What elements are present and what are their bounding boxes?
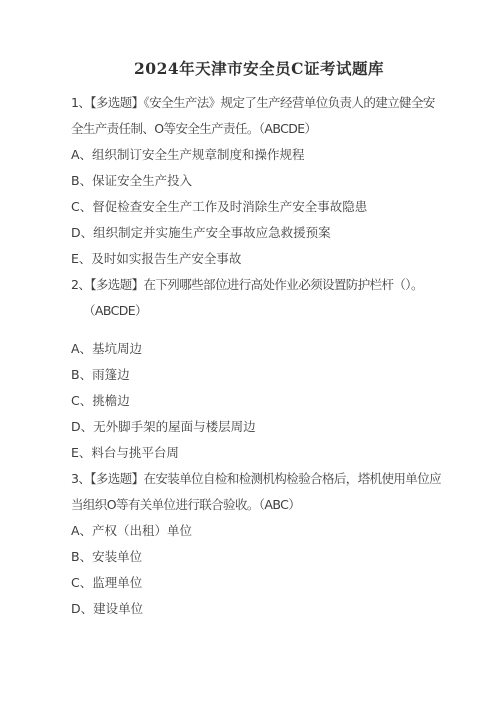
question-3-option-b: B、安装单位 (71, 544, 447, 570)
question-3-option-c: C、监理单位 (71, 570, 447, 596)
question-3-option-d: D、建设单位 (71, 596, 447, 622)
document-page: 2024年天津市安全员C证考试题库 1、【多选题】《安全生产法》规定了生产经营单… (0, 0, 500, 707)
question-1-option-a: A、组织制订安全生产规章制度和操作规程 (71, 142, 447, 168)
question-1-option-c: C、督促检查安全生产工作及时消除生产安全事故隐患 (71, 194, 447, 220)
question-1-option-b: B、保证安全生产投入 (71, 168, 447, 194)
question-2-option-a: A、基坑周边 (71, 336, 447, 362)
document-body: 2024年天津市安全员C证考试题库 1、【多选题】《安全生产法》规定了生产经营单… (71, 56, 447, 622)
question-2-stem-line-2: （ABCDE） (71, 298, 447, 324)
question-2-option-e: E、料台与挑平台周 (71, 440, 447, 466)
blank-line (71, 324, 447, 336)
question-2-option-c: C、挑檐边 (71, 388, 447, 414)
question-3-option-a: A、产权（出租）单位 (71, 518, 447, 544)
question-1-option-e: E、及时如实报告生产安全事故 (71, 246, 447, 272)
question-1-stem-line-2: 全生产责任制、O等安全生产责任。（ABCDE） (71, 116, 447, 142)
question-1-option-d: D、组织制定并实施生产安全事故应急救援预案 (71, 220, 447, 246)
document-title: 2024年天津市安全员C证考试题库 (71, 56, 447, 82)
question-3-stem-line-2: 当组织O等有关单位进行联合验收。（ABC） (71, 492, 447, 518)
question-3-stem-line-1: 3、【多选题】在安装单位自检和检测机构检验合格后，塔机使用单位应 (71, 466, 447, 492)
question-2-option-d: D、无外脚手架的屋面与楼层周边 (71, 414, 447, 440)
question-2-option-b: B、雨篷边 (71, 362, 447, 388)
question-2-stem-line-1: 2、【多选题】在下列哪些部位进行高处作业必须设置防护栏杆（）。 (71, 272, 447, 298)
question-1-stem-line-1: 1、【多选题】《安全生产法》规定了生产经营单位负责人的建立健全安 (71, 90, 447, 116)
